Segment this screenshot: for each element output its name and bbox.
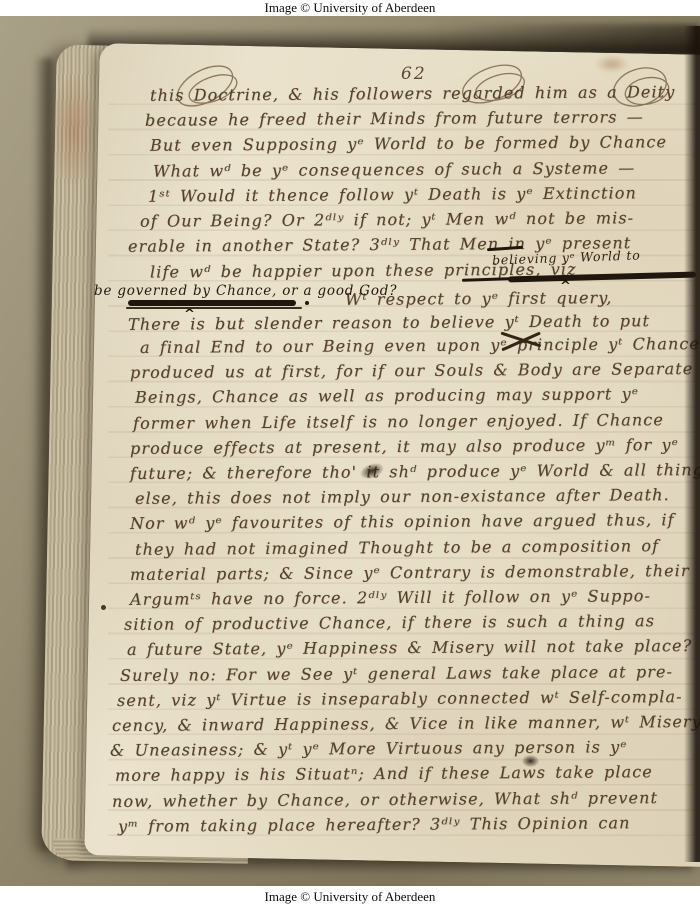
scanned-manuscript-view: Image © University of Aberdeen 62 this D… xyxy=(0,0,700,910)
ink-period xyxy=(305,301,309,305)
manuscript-line: There is but slender reason to believe y… xyxy=(128,311,650,334)
manuscript-line: Beings, Chance as well as producing may … xyxy=(135,385,639,408)
manuscript-line: sent, viz yᵗ Virtue is inseparably conne… xyxy=(117,687,683,710)
manuscript-line: Surely no: For we See yᵗ general Laws ta… xyxy=(120,662,673,685)
manuscript-line: produce effects at present, it may also … xyxy=(130,435,679,458)
copyright-caption-bottom: Image © University of Aberdeen xyxy=(0,886,700,910)
manuscript-line: material parts; & Since yᵉ Contrary is d… xyxy=(130,561,690,584)
manuscript-line: future; & therefore tho' it shᵈ produce … xyxy=(130,460,700,483)
strikethrough-mark xyxy=(128,300,296,306)
manuscript-line: sition of productive Chance, if there is… xyxy=(124,611,655,634)
marginal-insertion: be governed by Chance, or a good God? xyxy=(94,283,397,299)
insertion-caret: ^ xyxy=(184,307,195,322)
manuscript-line: yᵐ from taking place hereafter? 3ᵈˡʸ Thi… xyxy=(118,813,631,836)
manuscript-line: & Uneasiness; & yᵗ yᵉ More Virtuous any … xyxy=(110,737,628,760)
manuscript-line: What wᵈ be yᵉ consequences of such a Sys… xyxy=(153,158,635,180)
ink-blot xyxy=(522,755,539,767)
manuscript-line: of Our Being? Or 2ᵈˡʸ if not; yᵗ Men wᵈ … xyxy=(140,208,634,230)
manuscript-line: this Doctrine, & his followers regarded … xyxy=(150,82,675,105)
underline-mark xyxy=(126,307,302,309)
manuscript-line: Argumᵗˢ have no force. 2ᵈˡʸ Will it foll… xyxy=(130,586,651,609)
insertion-caret: ^ xyxy=(560,279,571,294)
manuscript-line: 1ˢᵗ Would it thence follow yᵗ Death is y… xyxy=(148,183,637,205)
manuscript-line: a final End to our Being even upon yᵉ pr… xyxy=(140,334,700,357)
copyright-caption-top: Image © University of Aberdeen xyxy=(0,0,700,16)
manuscript-line: they had not imagined Thought to be a co… xyxy=(135,536,659,559)
page-edge-stain xyxy=(50,70,98,190)
binding-gutter-shadow xyxy=(684,26,700,862)
manuscript-line: former when Life itself is no longer enj… xyxy=(133,410,664,433)
manuscript-line: because he freed their Minds from future… xyxy=(145,107,644,129)
manuscript-line: else, this does not imply our non-exista… xyxy=(135,485,670,508)
manuscript-line: now, whether by Chance, or otherwise, Wh… xyxy=(112,788,658,811)
margin-bullet-dot xyxy=(101,605,106,610)
